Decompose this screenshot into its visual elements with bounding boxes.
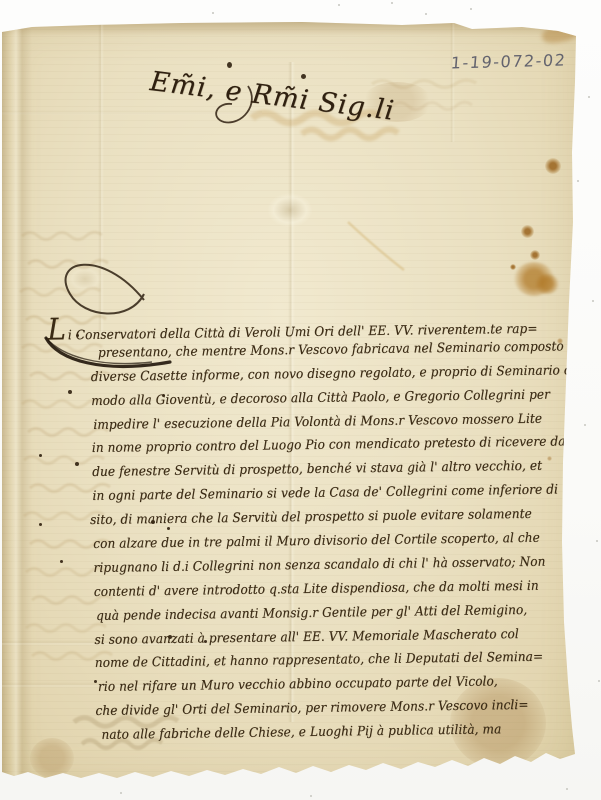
scanner-speck — [310, 795, 312, 797]
stain — [547, 456, 552, 461]
stain — [510, 264, 516, 270]
stain — [521, 225, 534, 238]
archive-reference-number: 1-19-072-02 — [450, 50, 567, 72]
ink-speck — [227, 62, 232, 68]
scanner-speck — [470, 8, 472, 10]
fold-crease — [450, 22, 455, 142]
scanner-speck — [566, 788, 568, 790]
letter-body: Li Conservatori della Città di Veroli Um… — [90, 312, 533, 748]
paper-wrinkle — [260, 187, 320, 233]
scanner-speck — [338, 4, 340, 6]
stain — [30, 738, 74, 778]
ink-speck — [301, 74, 306, 79]
scanner-speck — [588, 96, 590, 98]
stain — [530, 250, 540, 260]
scanner-speck — [425, 13, 427, 15]
scanner-speck — [577, 180, 579, 182]
ink-speck — [75, 462, 79, 466]
scanner-speck — [391, 2, 393, 4]
scanner-speck — [120, 792, 122, 794]
ink-speck — [39, 523, 42, 526]
paper-top-edge-shadow — [2, 22, 580, 36]
ink-speck — [60, 560, 63, 563]
spine-fold-shading — [2, 22, 32, 782]
scanner-speck — [212, 12, 214, 14]
scanner-speck — [584, 424, 586, 426]
manuscript-page: Em̃i, e Rm̃i Sig.li 1-19-072-02 Li Conse… — [2, 22, 580, 782]
stain — [545, 158, 561, 174]
stain — [535, 274, 559, 294]
scanner-speck — [592, 300, 594, 302]
letter-salutation: Em̃i, e Rm̃i Sig.li — [148, 66, 396, 127]
ink-speck — [68, 390, 72, 394]
ink-speck — [39, 454, 42, 457]
stain — [541, 23, 579, 45]
scanner-speck — [598, 680, 600, 682]
scanner-speck — [596, 540, 598, 542]
